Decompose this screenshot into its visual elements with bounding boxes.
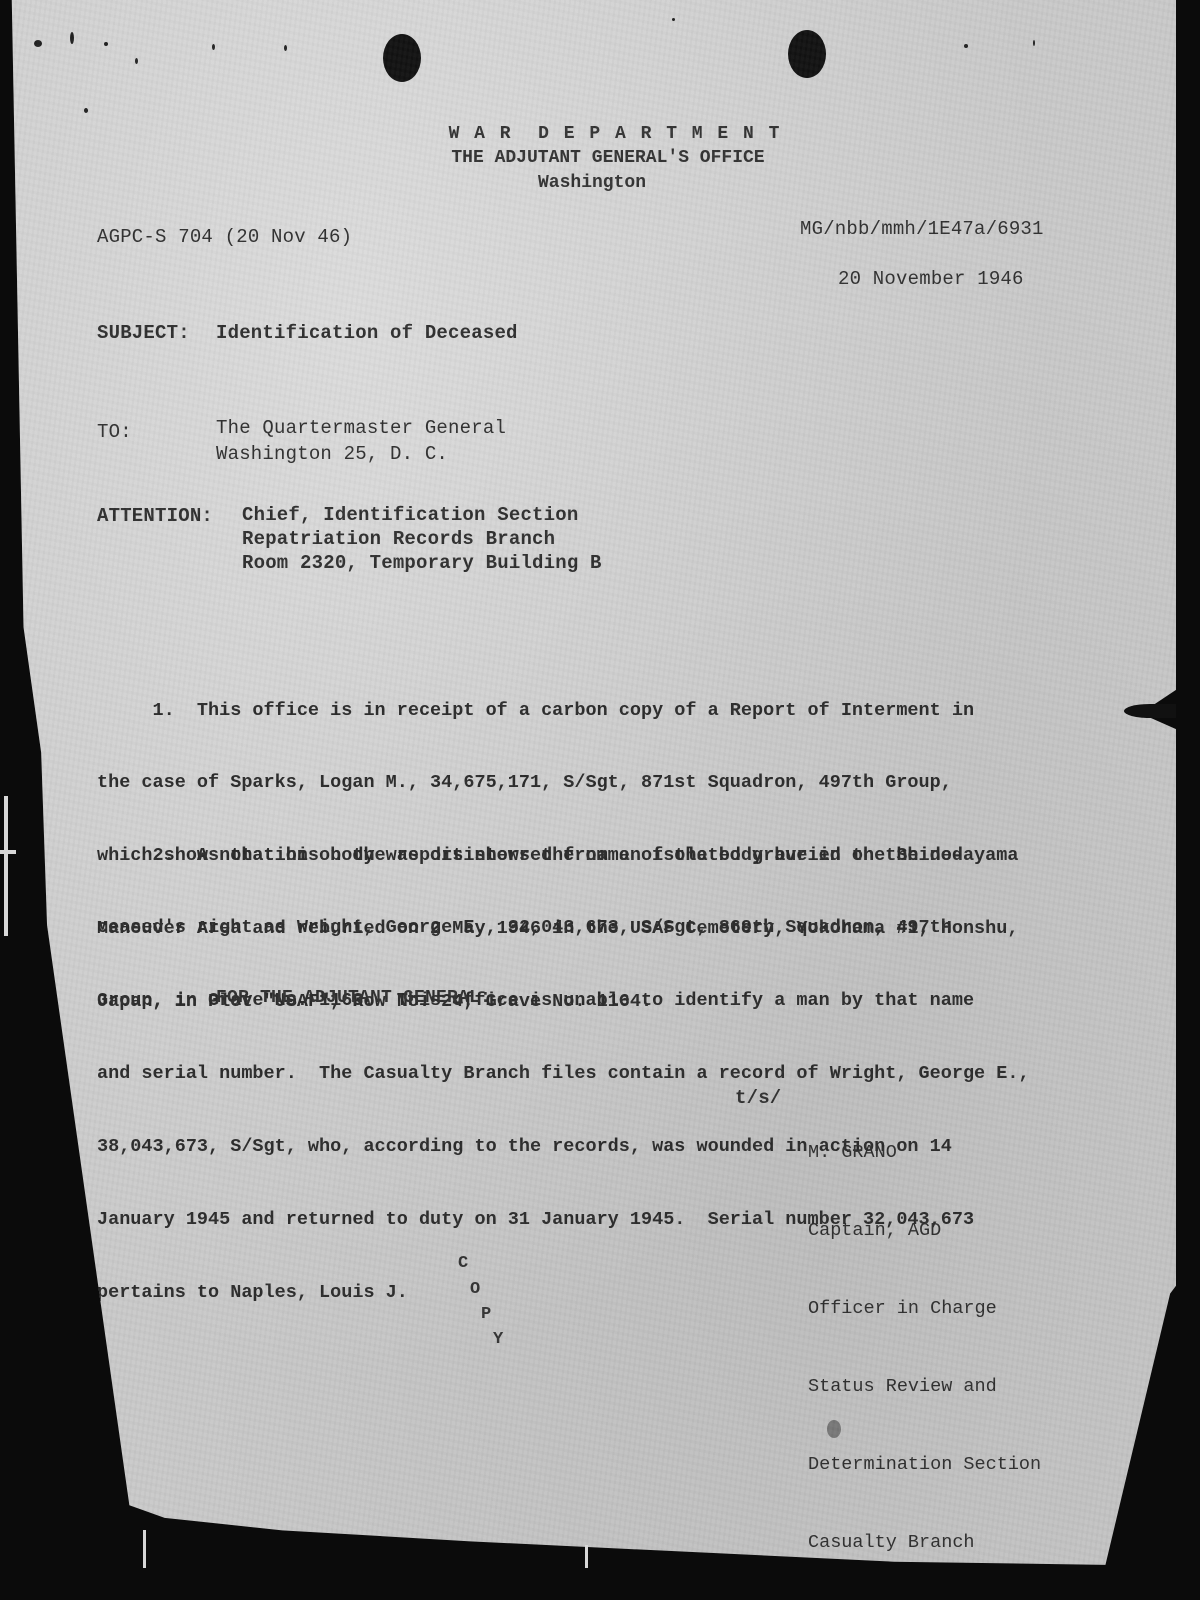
attention-line: Room 2320, Temporary Building B [242, 552, 602, 574]
signature-prefix: t/s/ [735, 1087, 781, 1109]
paragraph-line: ceased's right as Wright, George E., 32,… [97, 916, 1137, 940]
file-code: AGPC-S 704 (20 Nov 46) [97, 226, 352, 248]
signature-rank: Captain, AGD [808, 1218, 1041, 1244]
closing-line: FOR THE ADJUTANT GENERAL: [216, 988, 491, 1008]
scanner-guide [0, 850, 16, 854]
routing-code: MG/nbb/mmh/1E47a/6931 [800, 218, 1044, 240]
to-line: The Quartermaster General [216, 417, 506, 439]
letterhead-city: Washington [4, 173, 1176, 193]
signature-name: M. GRANO [808, 1140, 1041, 1166]
document-page: W A R D E P A R T M E N T THE ADJUTANT G… [0, 0, 1176, 1568]
ink-speck [1033, 40, 1035, 46]
scanner-guide [143, 1530, 146, 1568]
scanner-guide [585, 1545, 588, 1568]
scanner-guide [4, 796, 8, 936]
ink-speck [104, 42, 108, 46]
signature-title: Officer in Charge [808, 1296, 1041, 1322]
letter-date: 20 November 1946 [838, 268, 1024, 290]
paragraph-line: and serial number. The Casualty Branch f… [97, 1062, 1137, 1086]
paragraph-line: 1. This office is in receipt of a carbon… [97, 699, 1137, 723]
copy-stamp-letter: O [470, 1280, 480, 1299]
signature-section: Determination Section [808, 1452, 1041, 1478]
signature-branch: Casualty Branch [808, 1530, 1041, 1556]
subject-value: Identification of Deceased [216, 322, 518, 344]
signature-section: Status Review and [808, 1374, 1041, 1400]
ink-speck [70, 32, 74, 44]
paragraph-line: 2. A notation on the report shows the na… [97, 844, 1137, 868]
copy-stamp-letter: Y [493, 1330, 503, 1349]
ink-speck [284, 45, 287, 51]
ink-speck [84, 108, 88, 113]
signature-block: M. GRANO Captain, AGD Officer in Charge … [808, 1088, 1041, 1568]
copy-stamp-letter: C [458, 1254, 468, 1273]
punch-hole-right [788, 30, 826, 78]
letterhead-department: W A R D E P A R T M E N T [27, 124, 1176, 144]
ink-speck [672, 18, 675, 21]
to-label: TO: [97, 421, 132, 443]
to-line: Washington 25, D. C. [216, 443, 448, 465]
attention-line: Repatriation Records Branch [242, 528, 555, 550]
subject-label: SUBJECT: [97, 322, 190, 344]
ink-speck [964, 44, 968, 48]
copy-stamp-letter: P [481, 1305, 491, 1324]
ink-speck [212, 44, 215, 50]
paragraph-line: the case of Sparks, Logan M., 34,675,171… [97, 771, 1137, 795]
attention-line: Chief, Identification Section [242, 504, 578, 526]
ink-speck [34, 40, 42, 47]
ink-speck [135, 58, 138, 64]
attention-label: ATTENTION: [97, 505, 213, 527]
paper-tear [1124, 704, 1176, 718]
letterhead-office: THE ADJUTANT GENERAL'S OFFICE [20, 148, 1176, 168]
punch-hole-left [383, 34, 421, 82]
